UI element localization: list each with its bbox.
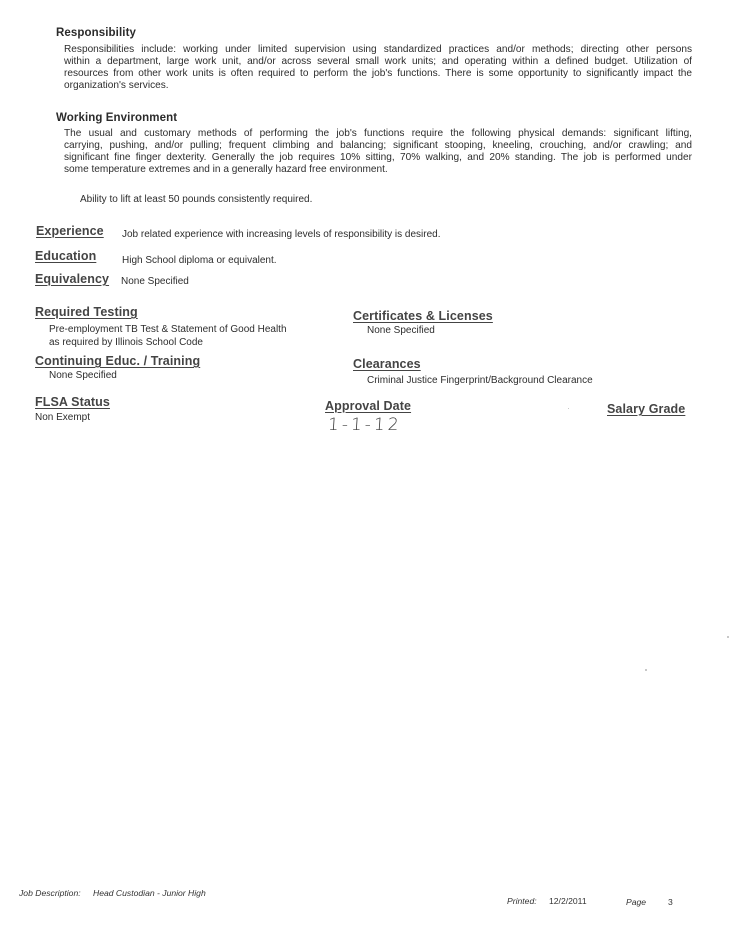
salary-grade-label: Salary Grade bbox=[607, 402, 685, 416]
required-testing-label: Required Testing bbox=[35, 305, 138, 319]
scan-speck bbox=[568, 408, 569, 409]
footer-page-label: Page bbox=[626, 897, 646, 907]
responsibility-line: Responsibilities include: working under … bbox=[64, 44, 692, 56]
working-environment-heading: Working Environment bbox=[56, 112, 177, 124]
working-environment-line: some temperature extremes and in a gener… bbox=[64, 164, 692, 176]
continuing-education-label: Continuing Educ. / Training bbox=[35, 354, 200, 368]
experience-value: Job related experience with increasing l… bbox=[122, 229, 441, 240]
responsibility-line: within a department, large work unit, an… bbox=[64, 56, 692, 68]
footer-job-description-label: Job Description: bbox=[19, 888, 81, 898]
equivalency-label: Equivalency bbox=[35, 272, 109, 286]
working-environment-paragraph: The usual and customary methods of perfo… bbox=[64, 128, 692, 176]
clearances-label: Clearances bbox=[353, 357, 421, 371]
approval-date-handwritten: 1-1-12 bbox=[327, 415, 402, 435]
footer-printed-label: Printed: bbox=[507, 896, 537, 906]
scan-speck bbox=[645, 669, 647, 671]
responsibility-line: resources from other work units is often… bbox=[64, 68, 692, 80]
scan-speck bbox=[727, 636, 729, 638]
education-label: Education bbox=[35, 249, 96, 263]
equivalency-value: None Specified bbox=[121, 276, 189, 287]
required-testing-line: Pre-employment TB Test & Statement of Go… bbox=[49, 324, 287, 335]
clearances-value: Criminal Justice Fingerprint/Background … bbox=[367, 375, 593, 386]
flsa-status-value: Non Exempt bbox=[35, 412, 90, 423]
footer-page-number: 3 bbox=[668, 897, 673, 907]
footer-job-title: Head Custodian - Junior High bbox=[93, 888, 206, 898]
responsibility-paragraph: Responsibilities include: working under … bbox=[64, 44, 692, 92]
lifting-requirement: Ability to lift at least 50 pounds consi… bbox=[80, 194, 312, 205]
approval-date-label: Approval Date bbox=[325, 399, 411, 413]
working-environment-line: The usual and customary methods of perfo… bbox=[64, 128, 692, 140]
responsibility-heading: Responsibility bbox=[56, 27, 136, 39]
required-testing-line: as required by Illinois School Code bbox=[49, 337, 203, 348]
responsibility-line: organization's services. bbox=[64, 80, 692, 92]
certificates-label: Certificates & Licenses bbox=[353, 309, 493, 323]
certificates-value: None Specified bbox=[367, 325, 435, 336]
continuing-education-value: None Specified bbox=[49, 370, 117, 381]
footer-printed-date: 12/2/2011 bbox=[549, 896, 587, 906]
flsa-status-label: FLSA Status bbox=[35, 395, 110, 409]
working-environment-line: carrying, pushing, and/or pulling; frequ… bbox=[64, 140, 692, 152]
working-environment-line: significant fine finger dexterity. Gener… bbox=[64, 152, 692, 164]
education-value: High School diploma or equivalent. bbox=[122, 255, 277, 266]
experience-label: Experience bbox=[36, 224, 104, 238]
